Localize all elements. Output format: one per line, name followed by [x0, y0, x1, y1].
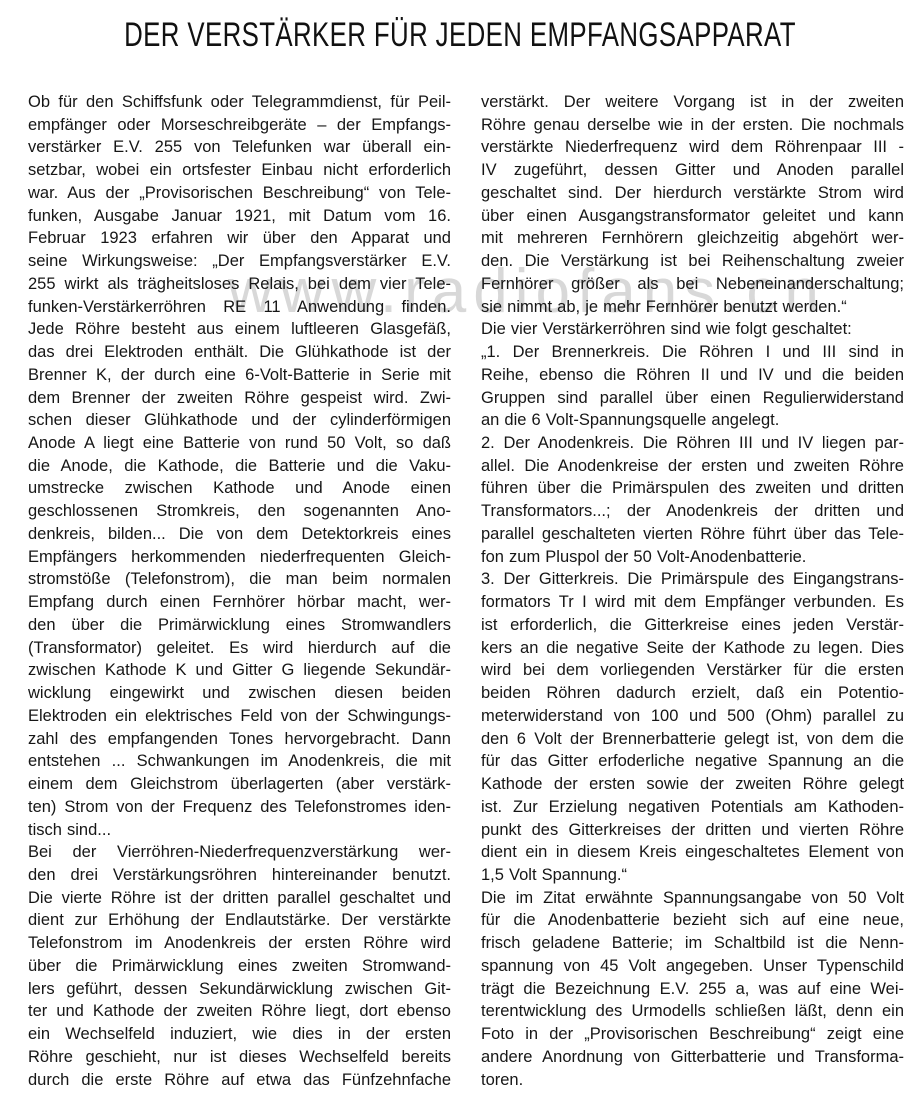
page-title: DER VERSTÄRKER FÜR JEDEN EMPFANGSAPPARAT [110, 16, 809, 55]
text-line: den. Die Verstärkung ist bei Reihenschal… [481, 250, 904, 273]
text-line: funken-Verstärkerröhren RE 11 Anwendung … [28, 296, 451, 319]
text-line: formators Tr I wird mit dem Empfänger ve… [481, 591, 904, 614]
text-line: zahl des empfangenden Tones hervorgebrac… [28, 728, 451, 751]
text-line: Elektroden ein elektrisches Feld von der… [28, 705, 451, 728]
text-line: Brenner K, der durch eine 6-Volt-Batteri… [28, 364, 451, 387]
text-line: den über die Primärwicklung eines Stromw… [28, 614, 451, 637]
text-line: an die 6 Volt-Spannungsquelle angelegt. [481, 409, 904, 432]
text-line: andere Anordnung von Gitterbatterie und … [481, 1046, 904, 1069]
text-line: Foto in der „Provisorischen Beschreibung… [481, 1023, 904, 1046]
text-line: 255 wirkt als trägheitsloses Relais, bei… [28, 273, 451, 296]
text-line: terentwicklung des Urmodells schließen l… [481, 1000, 904, 1023]
text-line: das drei Elektroden enthält. Die Glühkat… [28, 341, 451, 364]
text-line: denkreis, bilden... Die von dem Detektor… [28, 523, 451, 546]
text-line: die Anode, die Kathode, die Batterie und… [28, 455, 451, 478]
text-line: Empfang durch einen Fernhörer hörbar mac… [28, 591, 451, 614]
text-line: IV zugeführt, dessen Gitter und Anoden p… [481, 159, 904, 182]
text-line: meterwiderstand von 100 und 500 (Ohm) pa… [481, 705, 904, 728]
text-line: lers geführt, dessen Sekundärwicklung zw… [28, 978, 451, 1001]
text-line: dem Brenner der zweiten Röhre gespeist w… [28, 387, 451, 410]
text-line: Empfängers herkommenden niederfrequenten… [28, 546, 451, 569]
text-line: Röhre geschieht, nur ist dieses Wechself… [28, 1046, 451, 1069]
text-line: parallel geschalteten vierten Röhre führ… [481, 523, 904, 546]
text-line: war. Aus der „Provisorischen Beschreibun… [28, 182, 451, 205]
text-line: den drei Verstärkungsröhren hintereinand… [28, 864, 451, 887]
text-line: ist erforderlich, die Gitterkreise eines… [481, 614, 904, 637]
text-line: (Transformator) geleitet. Es wird hierdu… [28, 637, 451, 660]
document-page: www.radiofans.cn DER VERSTÄRKER FÜR JEDE… [0, 0, 920, 1109]
text-line: über die Primärwicklung eines zweiten St… [28, 955, 451, 978]
text-line: für die Anodenbatterie bezieht sich auf … [481, 909, 904, 932]
text-line: tisch sind... [28, 819, 451, 842]
text-line: Gruppen sind parallel über einen Regulie… [481, 387, 904, 410]
text-line: 3. Der Gitterkreis. Die Primärspule des … [481, 568, 904, 591]
text-line: Die vierte Röhre ist der dritten paralle… [28, 887, 451, 910]
text-line: dient ein in diesem Kreis eingeschaltete… [481, 841, 904, 864]
right-text-column: verstärkt. Der weitere Vorgang ist in de… [481, 91, 904, 1091]
text-line: ten) Strom von der Frequenz des Telefons… [28, 796, 451, 819]
text-line: zwischen Kathode K und Gitter G liegende… [28, 659, 451, 682]
text-line: 1,5 Volt Spannung.“ [481, 864, 904, 887]
text-line: 2. Der Anodenkreis. Die Röhren III und I… [481, 432, 904, 455]
text-line: ein Wechselfeld induziert, wie dies in d… [28, 1023, 451, 1046]
text-line: geschlossenen Stromkreis, den sogenannte… [28, 500, 451, 523]
text-line: einem dem Gleichstrom überlagerten (aber… [28, 773, 451, 796]
text-line: Bei der Vierröhren-Niederfrequenzverstär… [28, 841, 451, 864]
text-line: ter und Kathode der zweiten Röhre liegt,… [28, 1000, 451, 1023]
text-line: mit mehreren Fernhörern gleichzeitig abg… [481, 227, 904, 250]
text-line: geschaltet sind. Der hierdurch verstärkt… [481, 182, 904, 205]
text-line: Anode A liegt eine Batterie von rund 50 … [28, 432, 451, 455]
text-line: Fernhörer größer als bei Nebeneinandersc… [481, 273, 904, 296]
text-line: ist. Zur Erzielung negativen Potentials … [481, 796, 904, 819]
text-line: kers an die negative Seite der Kathode z… [481, 637, 904, 660]
text-line: fon zum Pluspol der 50 Volt-Anodenbatter… [481, 546, 904, 569]
text-line: Kathode der ersten sowie der zweiten Röh… [481, 773, 904, 796]
text-line: schen dieser Glühkathode und der cylinde… [28, 409, 451, 432]
text-line: Transformators...; der Anodenkreis der d… [481, 500, 904, 523]
text-line: verstärkt. Der weitere Vorgang ist in de… [481, 91, 904, 114]
text-line: frisch geladene Batterie; im Schaltbild … [481, 932, 904, 955]
text-line: wicklung eingewirkt und zwischen diesen … [28, 682, 451, 705]
text-line: dient zur Erhöhung der Endlautstärke. De… [28, 909, 451, 932]
text-line: setzbar, wobei ein ortsfester Einbau nic… [28, 159, 451, 182]
text-line: funken, Ausgabe Januar 1921, mit Datum v… [28, 205, 451, 228]
text-line: beiden Röhren dadurch erzielt, daß ein P… [481, 682, 904, 705]
text-line: Ob für den Schiffsfunk oder Telegrammdie… [28, 91, 451, 114]
text-line: Röhre genau derselbe wie in der ersten. … [481, 114, 904, 137]
text-line: den 6 Volt der Brennerbatterie gelegt is… [481, 728, 904, 751]
text-line: empfänger oder Morseschreibgeräte – der … [28, 114, 451, 137]
text-line: durch die erste Röhre auf etwa das Fünfz… [28, 1069, 451, 1092]
text-line: seine Wirkungsweise: „Der Empfangsverstä… [28, 250, 451, 273]
text-line: Reihe, ebenso die Röhren II und IV und d… [481, 364, 904, 387]
left-text-column: Ob für den Schiffsfunk oder Telegrammdie… [28, 91, 451, 1091]
text-line: sie nimmt ab, je mehr Fernhörer benutzt … [481, 296, 904, 319]
text-line: Februar 1923 erfahren wir über den Appar… [28, 227, 451, 250]
text-line: über einen Ausgangstransformator geleite… [481, 205, 904, 228]
text-line: spannung von 45 Volt angegeben. Unser Ty… [481, 955, 904, 978]
text-line: stromstöße (Telefonstrom), die man beim … [28, 568, 451, 591]
text-line: entstehen ... Schwankungen im Anodenkrei… [28, 750, 451, 773]
text-line: Die vier Verstärkerröhren sind wie folgt… [481, 318, 904, 341]
text-line: für das Gitter erfoderliche negative Spa… [481, 750, 904, 773]
text-line: Telefonstrom im Anodenkreis der ersten R… [28, 932, 451, 955]
text-line: wird bei dem vorliegenden Verstärker für… [481, 659, 904, 682]
text-line: allel. Die Anodenkreise der ersten und z… [481, 455, 904, 478]
text-line: umstrecke zwischen Kathode und Anode ein… [28, 477, 451, 500]
text-line: punkt des Gitterkreises der dritten und … [481, 819, 904, 842]
text-line: Jede Röhre besteht aus einem luftleeren … [28, 318, 451, 341]
text-line: toren. [481, 1069, 904, 1092]
text-line: verstärkte Niederfrequenz wird dem Röhre… [481, 136, 904, 159]
text-line: führen über die Primärspulen des zweiten… [481, 477, 904, 500]
text-line: Die im Zitat erwähnte Spannungsangabe vo… [481, 887, 904, 910]
text-line: verstärker E.V. 255 von Telefunken war ü… [28, 136, 451, 159]
text-line: trägt die Bezeichnung E.V. 255 a, was au… [481, 978, 904, 1001]
text-line: „1. Der Brennerkreis. Die Röhren I und I… [481, 341, 904, 364]
